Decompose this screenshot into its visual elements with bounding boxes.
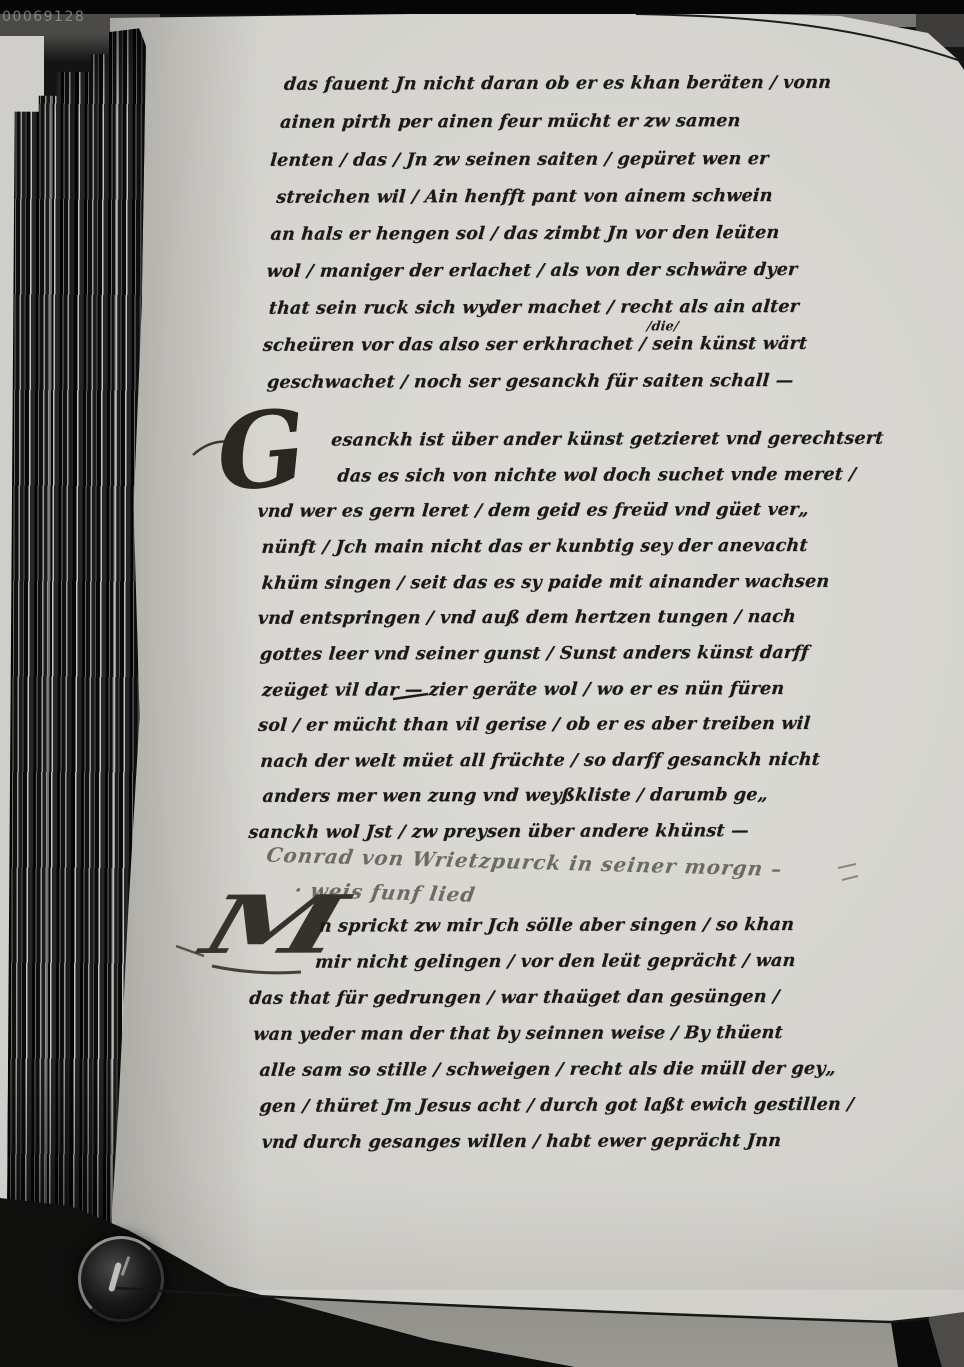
text-line: anders mer wen zung vnd weyßkliste / dar… (262, 785, 769, 808)
text-line: that sein ruck sich wyder machet / recht… (268, 297, 800, 320)
text-line: lenten / das / Jn zw seinen saiten / gep… (269, 149, 769, 172)
text-line: gottes leer vnd seiner gunst / Sunst and… (259, 643, 810, 666)
text-line: nach der welt müet all früchte / so darf… (259, 750, 820, 773)
text-line: scheüren vor das also ser erkhrachet / s… (262, 334, 808, 357)
text-line: streichen wil / Ain henfft pant von aine… (275, 186, 773, 209)
text-line: gen / thüret Jm Jesus acht / durch got l… (259, 1095, 855, 1118)
text-line: an hals er hengen sol / das zimbt Jn vor… (270, 223, 781, 246)
text-line: wol / maniger der erlachet / als von der… (266, 260, 799, 283)
text-line: geschwachet / noch ser gesanckh für sait… (266, 371, 794, 394)
rubric-attribution: Conrad von Wrietzpurck in seiner morgn – (265, 843, 784, 881)
text-line: sanckh wol Jst / zw preysen über andere … (248, 821, 750, 844)
text-line: ainen pirth per ainen feur mücht er zw s… (279, 111, 741, 134)
text-layer: das fauent Jn nicht daran ob er es khan … (0, 0, 964, 1367)
text-line: esanckh ist über ander künst getzieret v… (330, 429, 884, 452)
text-line: khüm singen / seit das es sy paide mit a… (261, 572, 830, 595)
text-line: n sprickt zw mir Jch sölle aber singen /… (318, 915, 795, 938)
interline-insertion: /die/ (646, 319, 679, 334)
manuscript-photo: 00069128 das fauent Jn nicht daran ob er… (0, 0, 964, 1367)
text-line: mir nicht gelingen / vor den leüt gepräc… (314, 951, 796, 974)
text-line: vnd entspringen / vnd auß dem hertzen tu… (257, 607, 797, 630)
decorated-initial-g: G (213, 395, 311, 507)
text-line: vnd wer es gern leret / dem geid es freü… (257, 500, 810, 523)
text-line: vnd durch gesanges willen / habt ewer ge… (261, 1131, 782, 1154)
text-line: das fauent Jn nicht daran ob er es khan … (283, 73, 832, 96)
text-line: sol / er mücht than vil gerise / ob er e… (257, 714, 811, 737)
text-line: zeüget vil dar — zier geräte wol / wo er… (261, 679, 785, 702)
text-line: das es sich von nichte wol doch suchet v… (336, 465, 856, 488)
text-line: nünft / Jch main nicht das er kunbtig se… (261, 536, 809, 559)
text-line: wan yeder man der that by seinnen weise … (252, 1023, 783, 1046)
text-line: das that für gedrungen / war thaüget dan… (248, 987, 780, 1010)
text-line: alle sam so stille / schweigen / recht a… (258, 1059, 836, 1082)
